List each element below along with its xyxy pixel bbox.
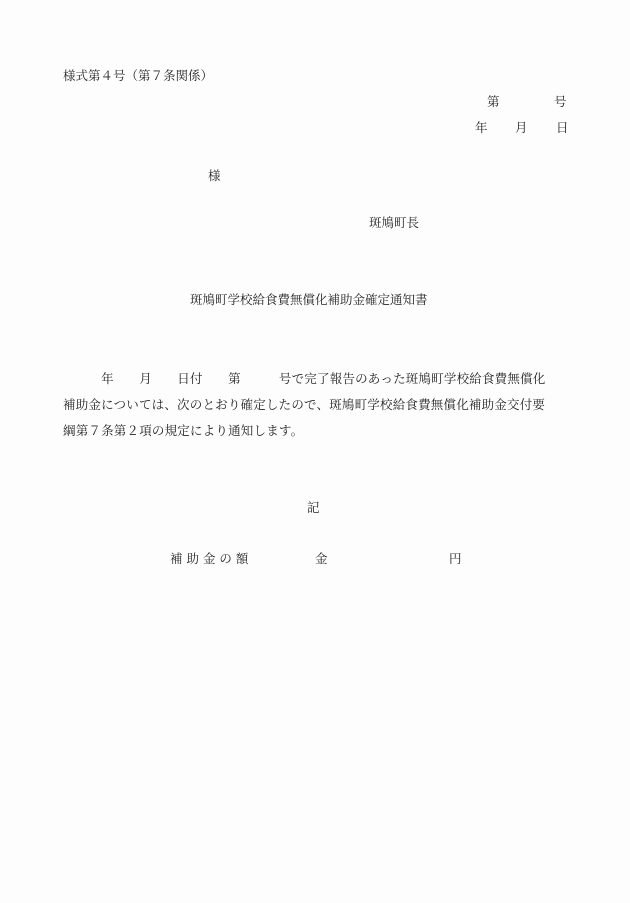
date-month: 月 xyxy=(515,122,528,135)
doc-number-suffix: 号 xyxy=(554,96,567,109)
body-line: 年 月 日付 第 号で完了報告のあった斑鳩町学校給食費無償化 xyxy=(63,366,583,392)
sender: 斑鳩町長 xyxy=(369,217,419,230)
addressee-suffix: 様 xyxy=(208,170,221,183)
amount-prefix: 金 xyxy=(315,553,328,566)
body-line: 補助金については、次のとおり確定したので、斑鳩町学校給食費無償化補助金交付要 xyxy=(63,392,583,418)
body-paragraph: 年 月 日付 第 号で完了報告のあった斑鳩町学校給食費無償化 補助金については、… xyxy=(63,366,583,444)
record-heading: 記 xyxy=(307,502,320,515)
doc-number-prefix: 第 xyxy=(487,96,500,109)
amount-label: 補 助 金 の 額 xyxy=(170,553,248,566)
body-line: 綱第７条第２項の規定により通知します。 xyxy=(63,418,583,444)
document-title: 斑鳩町学校給食費無償化補助金確定通知書 xyxy=(190,294,428,307)
amount-unit: 円 xyxy=(449,553,462,566)
form-label: 様式第４号（第７条関係） xyxy=(63,70,213,83)
date-day: 日 xyxy=(556,122,569,135)
date-year: 年 xyxy=(475,122,488,135)
